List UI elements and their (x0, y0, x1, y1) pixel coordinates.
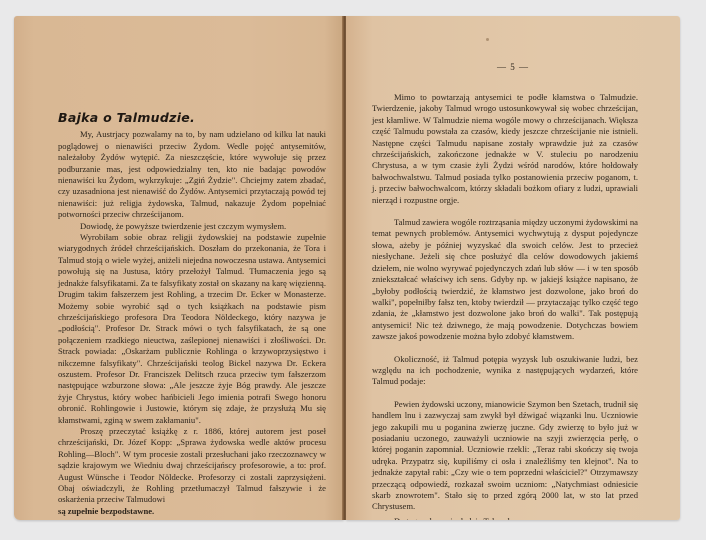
paragraph: Do tego zdarzenia dodaje Talmud: (372, 516, 638, 520)
paragraph: Pewien żydowski uczony, mianowicie Szymo… (372, 399, 638, 513)
paragraph: Okoliczność, iż Talmud potępia wyzysk lu… (372, 354, 638, 388)
paragraph: Talmud zawiera wogóle roztrząsania międz… (372, 217, 638, 342)
paragraph-bold-ending: są zupełnie bezpodstawne. (58, 506, 326, 517)
paragraph: My, Austrjacy pozwalamy na to, by nam ud… (58, 129, 326, 220)
right-page-text: Mimo to powtarzają antysemici te podłe k… (372, 92, 638, 520)
right-page: — 5 — Mimo to powtarzają antysemici te p… (346, 16, 680, 520)
booklet-spread: Bajka o Talmudzie. My, Austrjacy pozwala… (14, 16, 680, 520)
left-page: Bajka o Talmudzie. My, Austrjacy pozwala… (14, 16, 344, 520)
chapter-title: Bajka o Talmudzie. (58, 112, 326, 123)
paragraph: Proszę przeczytać książkę z r. 1886, któ… (58, 426, 326, 506)
paragraph: Wyrobiłam sobie obraz religji żydowskiej… (58, 232, 326, 426)
left-page-text: Bajka o Talmudzie. My, Austrjacy pozwala… (58, 112, 326, 517)
page-number: — 5 — (346, 62, 680, 72)
paragraph: Mimo to powtarzają antysemici te podłe k… (372, 92, 638, 206)
paper-blemish (486, 38, 489, 41)
paragraph: Dowiodę, że powyższe twierdzenie jest cz… (58, 221, 326, 232)
